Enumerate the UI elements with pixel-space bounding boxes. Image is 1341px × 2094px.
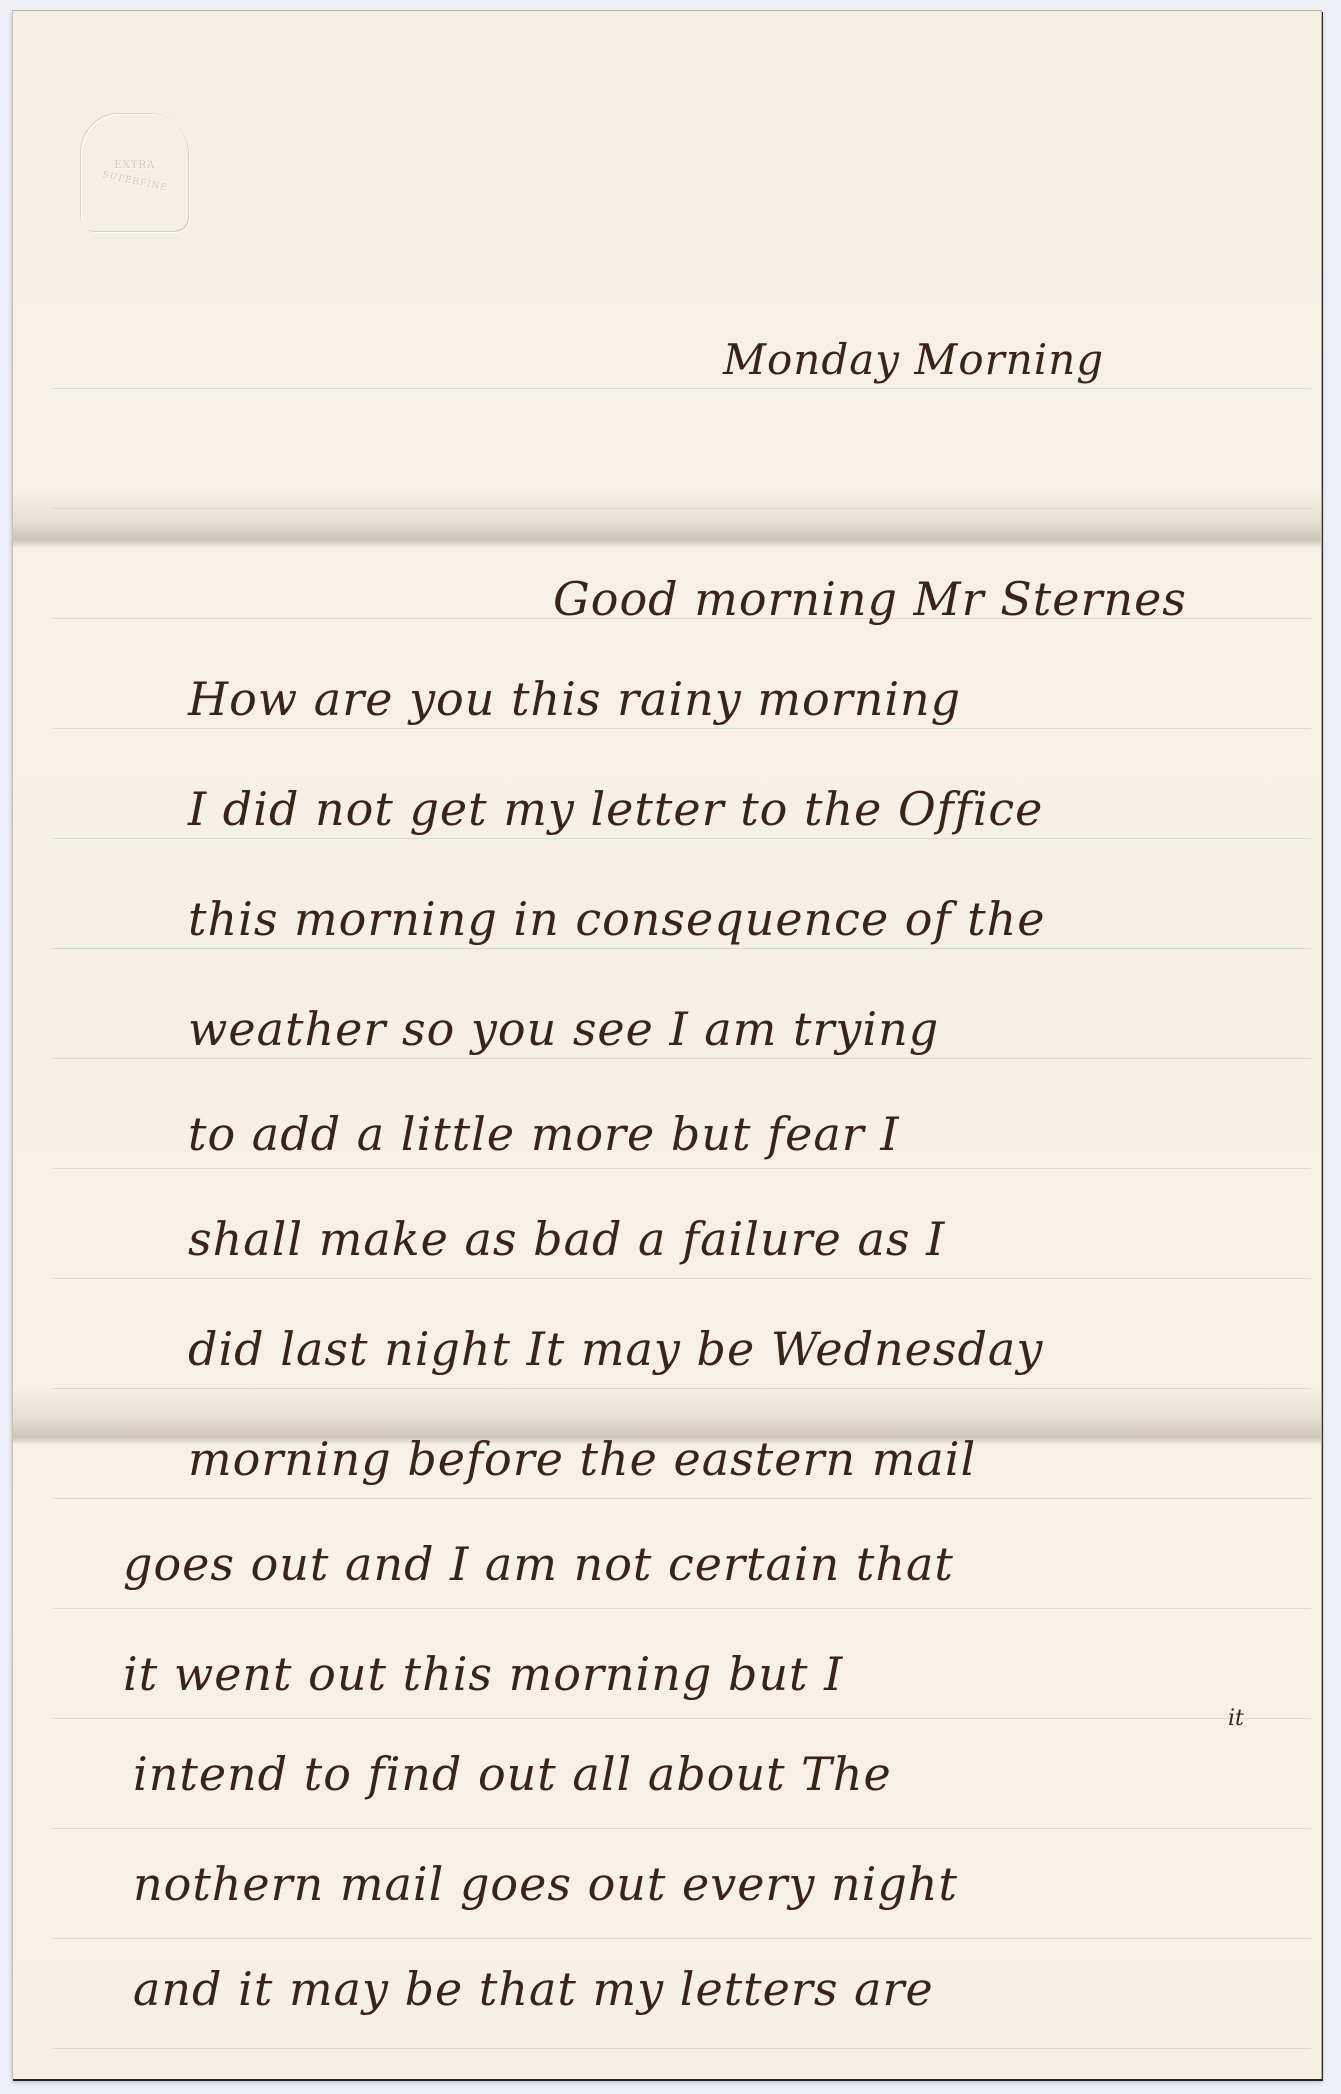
ruled-line xyxy=(53,1168,1311,1169)
ruled-line xyxy=(53,948,1311,949)
ruled-line xyxy=(53,1608,1311,1609)
ruled-line xyxy=(53,1718,1311,1719)
letter-salutation: Good morning Mr Sternes xyxy=(553,576,1187,622)
body-line: shall make as bad a failure as I xyxy=(188,1216,945,1262)
body-line: goes out and I am not certain that xyxy=(123,1541,954,1587)
ruled-line xyxy=(53,1938,1311,1939)
body-line: How are you this rainy morning xyxy=(188,676,961,722)
body-line: did last night It may be Wednesday xyxy=(188,1326,1043,1372)
letter-page: EXTRA SUPERFINE Monday Morning Good morn… xyxy=(12,10,1322,2079)
body-line: intend to find out all about The xyxy=(133,1751,892,1797)
ruled-line xyxy=(53,1388,1311,1389)
body-line: weather so you see I am trying xyxy=(188,1006,939,1052)
emboss-line-1: EXTRA xyxy=(115,160,156,171)
ruled-line xyxy=(53,1828,1311,1829)
interlinear-insertion: it xyxy=(1228,1706,1244,1731)
body-line: morning before the eastern mail xyxy=(188,1436,976,1482)
ruled-line xyxy=(53,728,1311,729)
body-line: it went out this morning but I xyxy=(123,1651,843,1697)
fold-crease xyxy=(13,489,1321,549)
emboss-line-2: SUPERFINE xyxy=(101,170,168,194)
body-line: this morning in consequence of the xyxy=(188,896,1045,942)
body-line: and it may be that my letters are xyxy=(133,1966,934,2012)
letter-heading: Monday Morning xyxy=(723,339,1104,381)
ruled-line xyxy=(53,2048,1311,2049)
ruled-line xyxy=(53,838,1311,839)
ruled-line xyxy=(53,1058,1311,1059)
body-line: I did not get my letter to the Office xyxy=(188,786,1043,832)
ruled-line xyxy=(53,1498,1311,1499)
ruled-line xyxy=(53,388,1311,389)
embossed-stationer-stamp: EXTRA SUPERFINE xyxy=(81,114,189,232)
ruled-line xyxy=(53,1278,1311,1279)
body-line: nothern mail goes out every night xyxy=(133,1861,958,1907)
body-line: to add a little more but fear I xyxy=(188,1111,900,1157)
ruled-line xyxy=(53,508,1311,509)
